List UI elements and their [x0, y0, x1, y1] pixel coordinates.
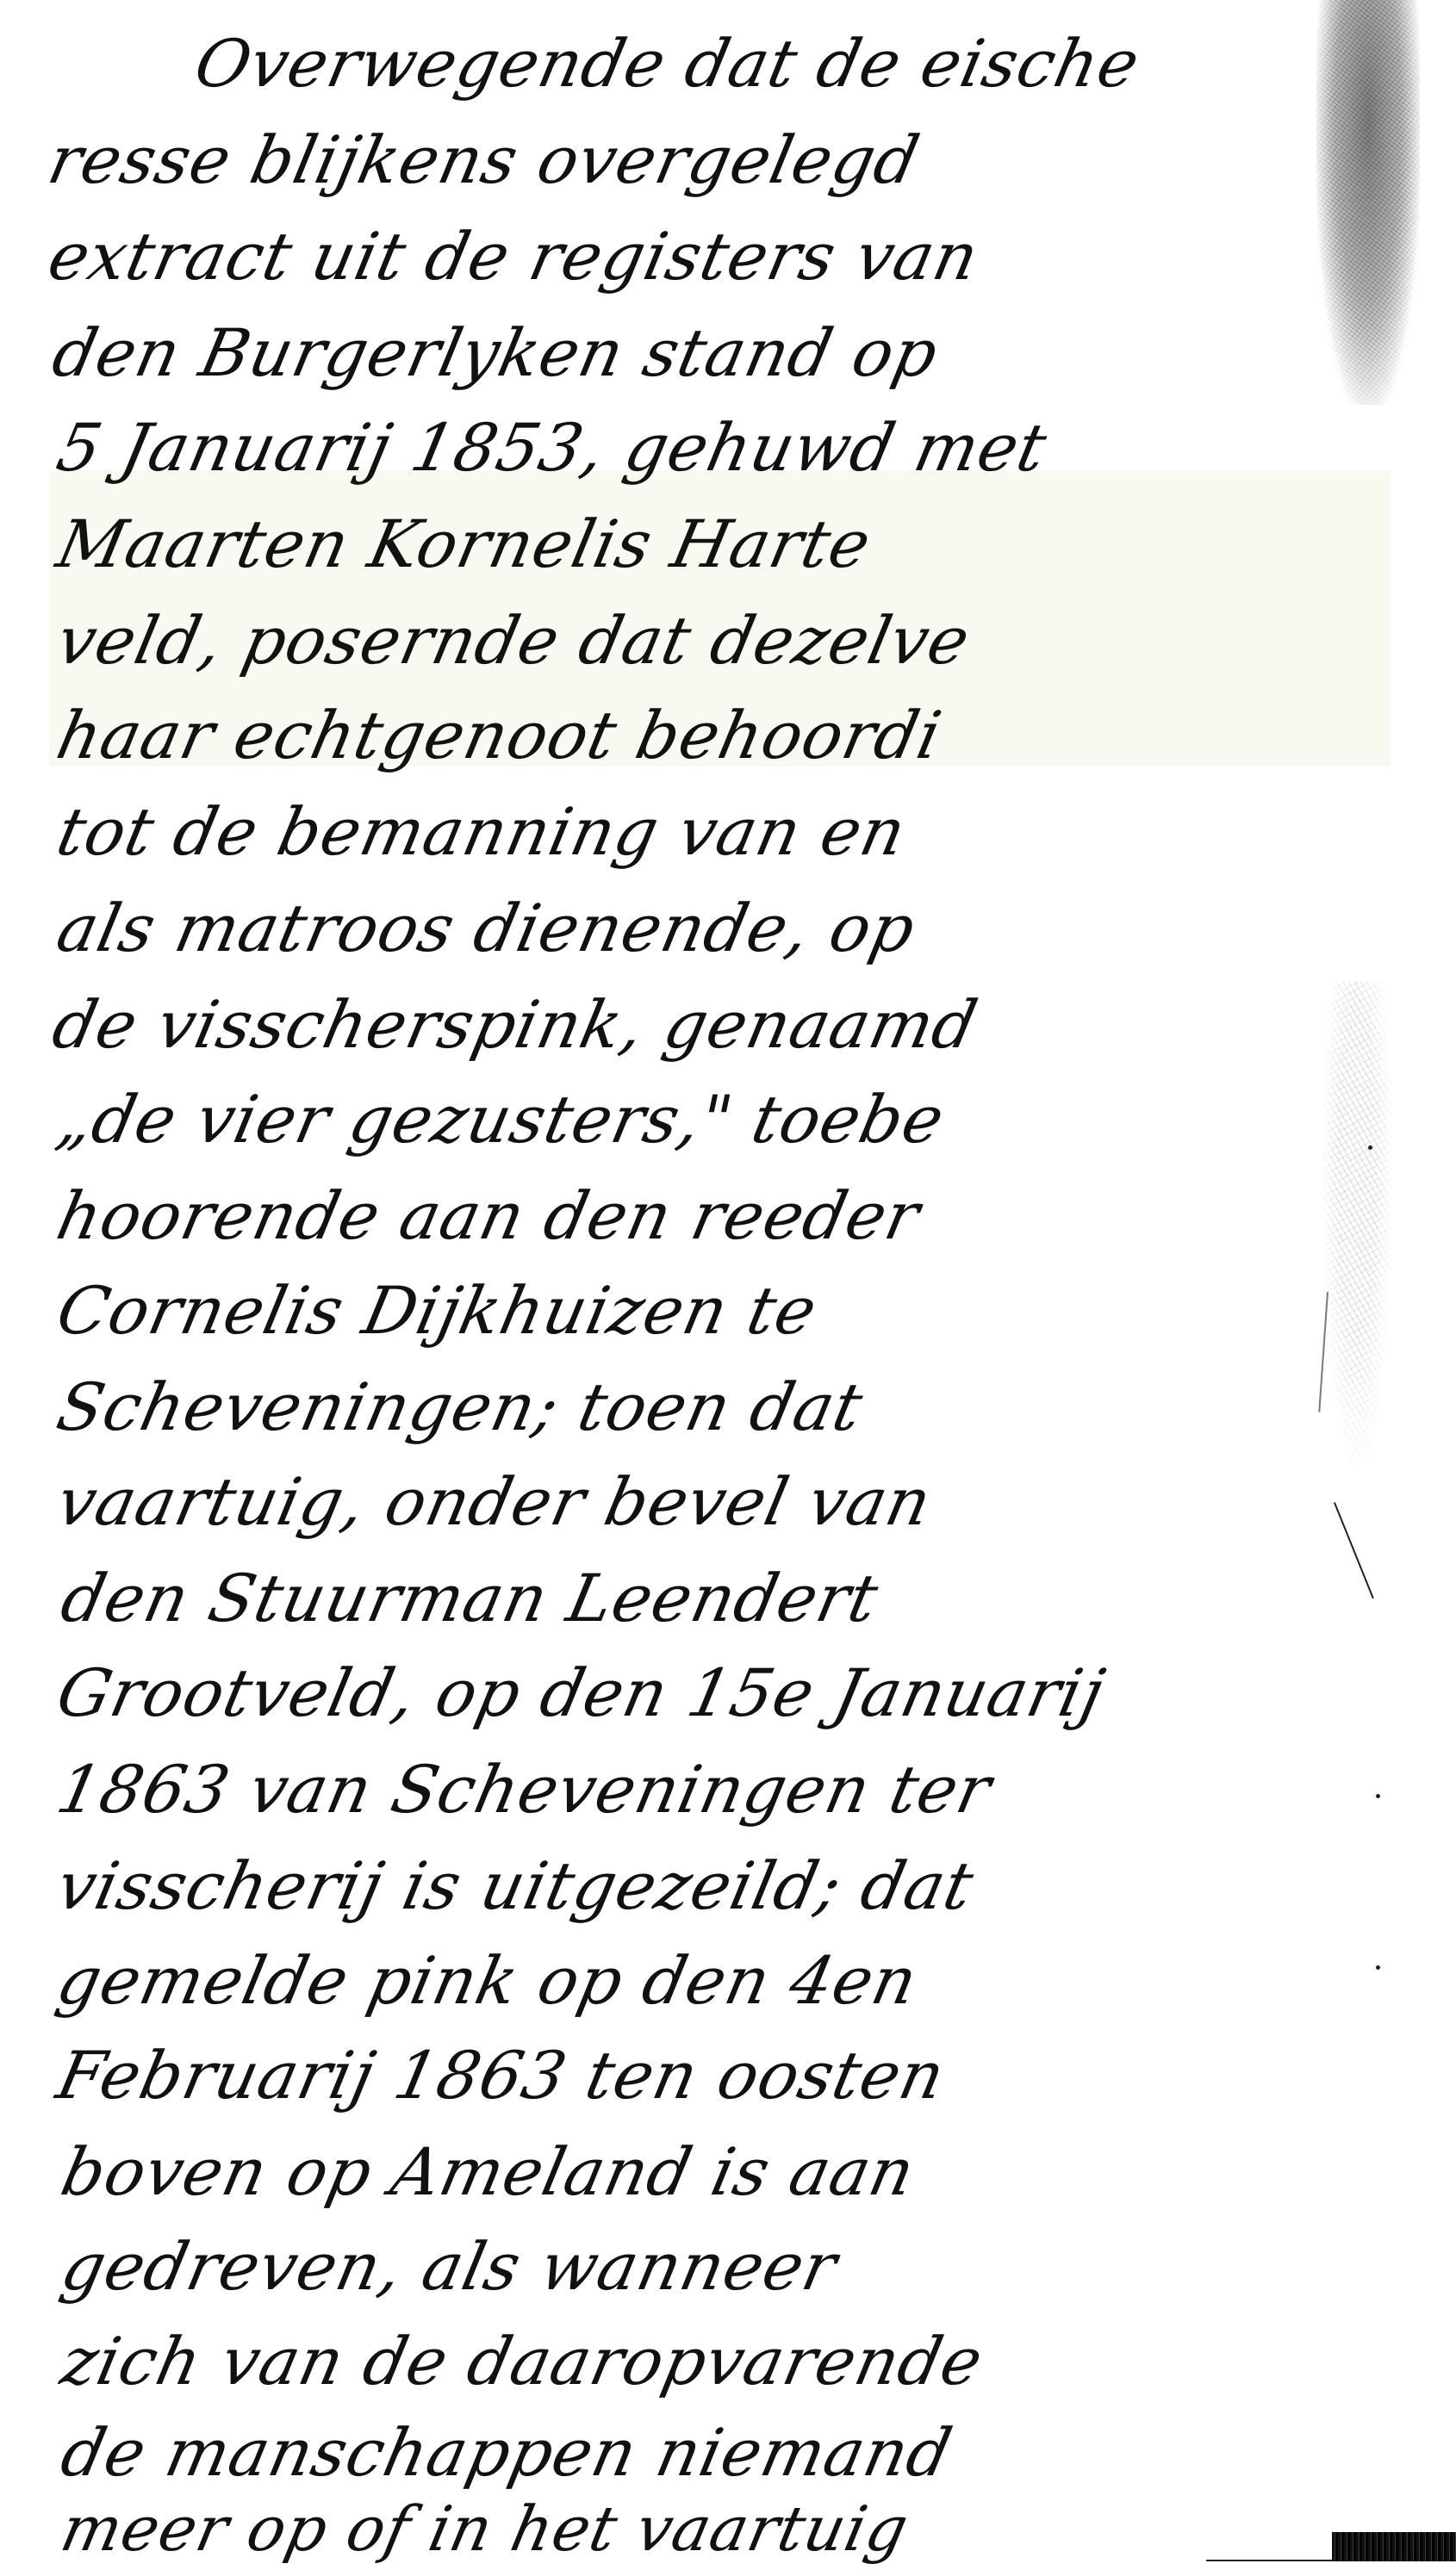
- scan-speck: [1376, 1965, 1380, 1970]
- manuscript-line-24: gedreven, als wanneer: [56, 2234, 843, 2300]
- manuscript-line-10: als matroos dienende, op: [52, 896, 921, 961]
- scan-speck: [1368, 1145, 1372, 1150]
- scan-speck: [1376, 1794, 1380, 1798]
- manuscript-line-11: de visscherspink, genaamd: [47, 992, 983, 1058]
- manuscript-line-4: den Burgerlyken stand op: [47, 320, 943, 386]
- scan-margin-noise-middle: [1322, 982, 1391, 1464]
- manuscript-line-7: veld, posernde dat dezelve: [52, 608, 975, 673]
- scan-scratch-mark: [1334, 1502, 1374, 1598]
- manuscript-line-3: extract uit de registers van: [43, 224, 985, 289]
- scan-bottom-black-block: [1332, 2532, 1456, 2561]
- manuscript-line-21: gemelde pink op den 4en: [52, 1948, 924, 2014]
- manuscript-line-12: „de vier gezusters," toebe: [52, 1087, 950, 1152]
- manuscript-line-23: boven op Ameland is aan: [56, 2139, 920, 2205]
- manuscript-line-16: vaartuig, onder bevel van: [52, 1469, 937, 1535]
- manuscript-line-20: visscherij is uitgezeild; dat: [52, 1853, 980, 1919]
- scan-margin-noise-top: [1316, 0, 1420, 405]
- manuscript-line-8: haar echtgenoot behoordi: [52, 703, 947, 768]
- manuscript-line-15: Scheveningen; toen dat: [52, 1375, 868, 1440]
- manuscript-line-13: hoorende aan den reeder: [52, 1183, 925, 1249]
- manuscript-line-25: zich van de daaropvarende: [56, 2329, 988, 2394]
- manuscript-line-17: den Stuurman Leendert: [56, 1566, 884, 1631]
- manuscript-line-1: Overwegende dat de eische: [190, 31, 1145, 96]
- manuscript-line-9: tot de bemanning van en: [52, 799, 912, 865]
- manuscript-line-14: Cornelis Dijkhuizen te: [52, 1278, 823, 1344]
- manuscript-line-26: de manschappen niemand: [56, 2420, 958, 2486]
- manuscript-line-22: Februarij 1863 ten oosten: [52, 2043, 950, 2108]
- manuscript-line-5: 5 Januarij 1853, gehuwd met: [52, 415, 1053, 481]
- manuscript-line-19: 1863 van Scheveningen ter: [52, 1757, 997, 1822]
- manuscript-line-6: Maarten Kornelis Harte: [52, 512, 877, 577]
- manuscript-line-27: meer op of in het vaartuig: [56, 2498, 914, 2560]
- manuscript-line-18: Grootveld, op den 15e Januarij: [52, 1660, 1111, 1726]
- manuscript-line-2: resse blijkens overgelegd: [43, 127, 925, 193]
- manuscript-page: Overwegende dat de eische resse blijkens…: [0, 0, 1456, 2576]
